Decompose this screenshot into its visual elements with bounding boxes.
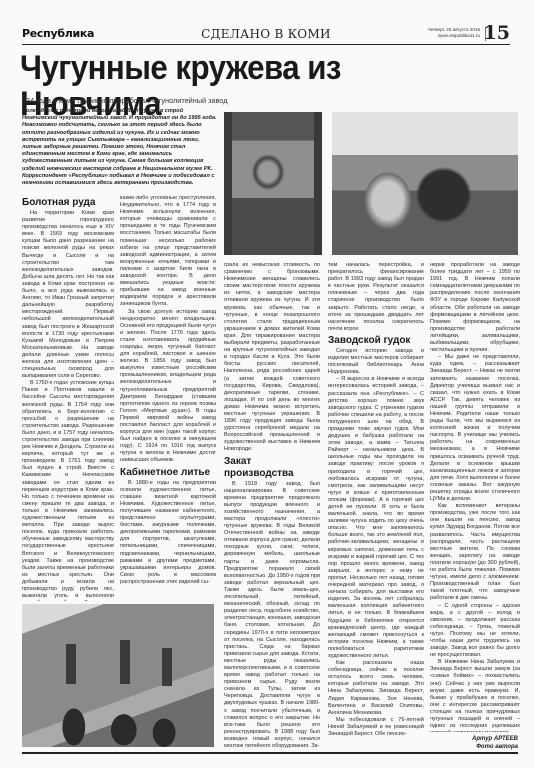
website-link[interactable]: www.respublika11.ru [428,33,480,39]
masthead: Республика СДЕЛАНО В КОМИ Четверг, 25 ав… [22,26,510,45]
paragraph: В 1750-х годах устюжские купцы Панов и П… [22,380,114,601]
paragraph: нерки проработали на заводе более тридца… [430,262,520,354]
section-heading: Закат производства [224,456,320,480]
article-subtitle: 234 года в коми глубинке проработал чугу… [22,96,227,105]
cast-iron-mirror-frame-photo [224,112,322,255]
section-heading: Заводской гудок [328,335,424,347]
article-column-5: нерки проработали на заводе более тридца… [430,262,520,732]
paragraph: тем началась перестройка, и прекратилось… [328,262,424,333]
paragraph: В 1880-е годы на предприятии освоили худ… [120,480,216,586]
paragraph: какие-либо уголовные преступления. Неуди… [120,195,216,309]
article-column-3: грала их невысокая стоимость по сравнени… [224,262,320,750]
paragraph: В Нювчиме Нина Забалуева и Зинаида Берес… [430,659,520,732]
date-block: Четверг, 25 августа 2016 www.respublika1… [428,27,480,39]
article-column-2: какие-либо уголовные преступления. Неуди… [120,195,216,601]
paragraph: – С одной стороны – адская жара, а с дру… [430,603,520,660]
page-number: 15 [484,22,510,44]
bottom-rule [22,752,518,754]
byline: Артур АРТЕЕВ Фото автора [472,735,518,751]
cast-iron-horse-and-jug-photo [332,112,518,255]
paragraph: Как рассказала наша собеседница, сейчас … [328,660,424,717]
paragraph: Мы побеседовали с 76-летней Ниной Забалу… [328,717,424,738]
photo-credit: Фото автора [472,743,518,751]
paragraph: грала их невысокая стоимость по сравнени… [224,262,320,454]
paragraph: Сегодня историю завода и изделия местных… [328,348,424,376]
paragraph: На территории Коми края развитие горнору… [22,210,114,380]
section-heading: Болотная руда [22,197,114,209]
paragraph: Как вспоминают ветераны производства, уж… [430,503,520,602]
article-lead: Более двух с половиной веков назад был п… [22,108,218,187]
section-heading: Кабинетное литье [120,467,216,479]
paragraph: – Мы даже не представляли, куда едем, – … [430,354,520,503]
author-name: Артур АРТЕЕВ [472,735,518,743]
paragraph: – Я выросла в Нювчиме и всегда интересов… [328,376,424,660]
paragraph: В 1918 году завод был национализирован. … [224,481,320,750]
article-column-1: Болотная руда На территории Коми края ра… [22,195,114,601]
newspaper-page: Республика СДЕЛАНО В КОМИ Четверг, 25 ав… [0,0,534,768]
factory-ruins-photo [22,604,214,747]
article-column-4: тем началась перестройка, и прекратилось… [328,262,424,750]
paragraph: За свою долгую историю завод неоднократн… [120,309,216,465]
